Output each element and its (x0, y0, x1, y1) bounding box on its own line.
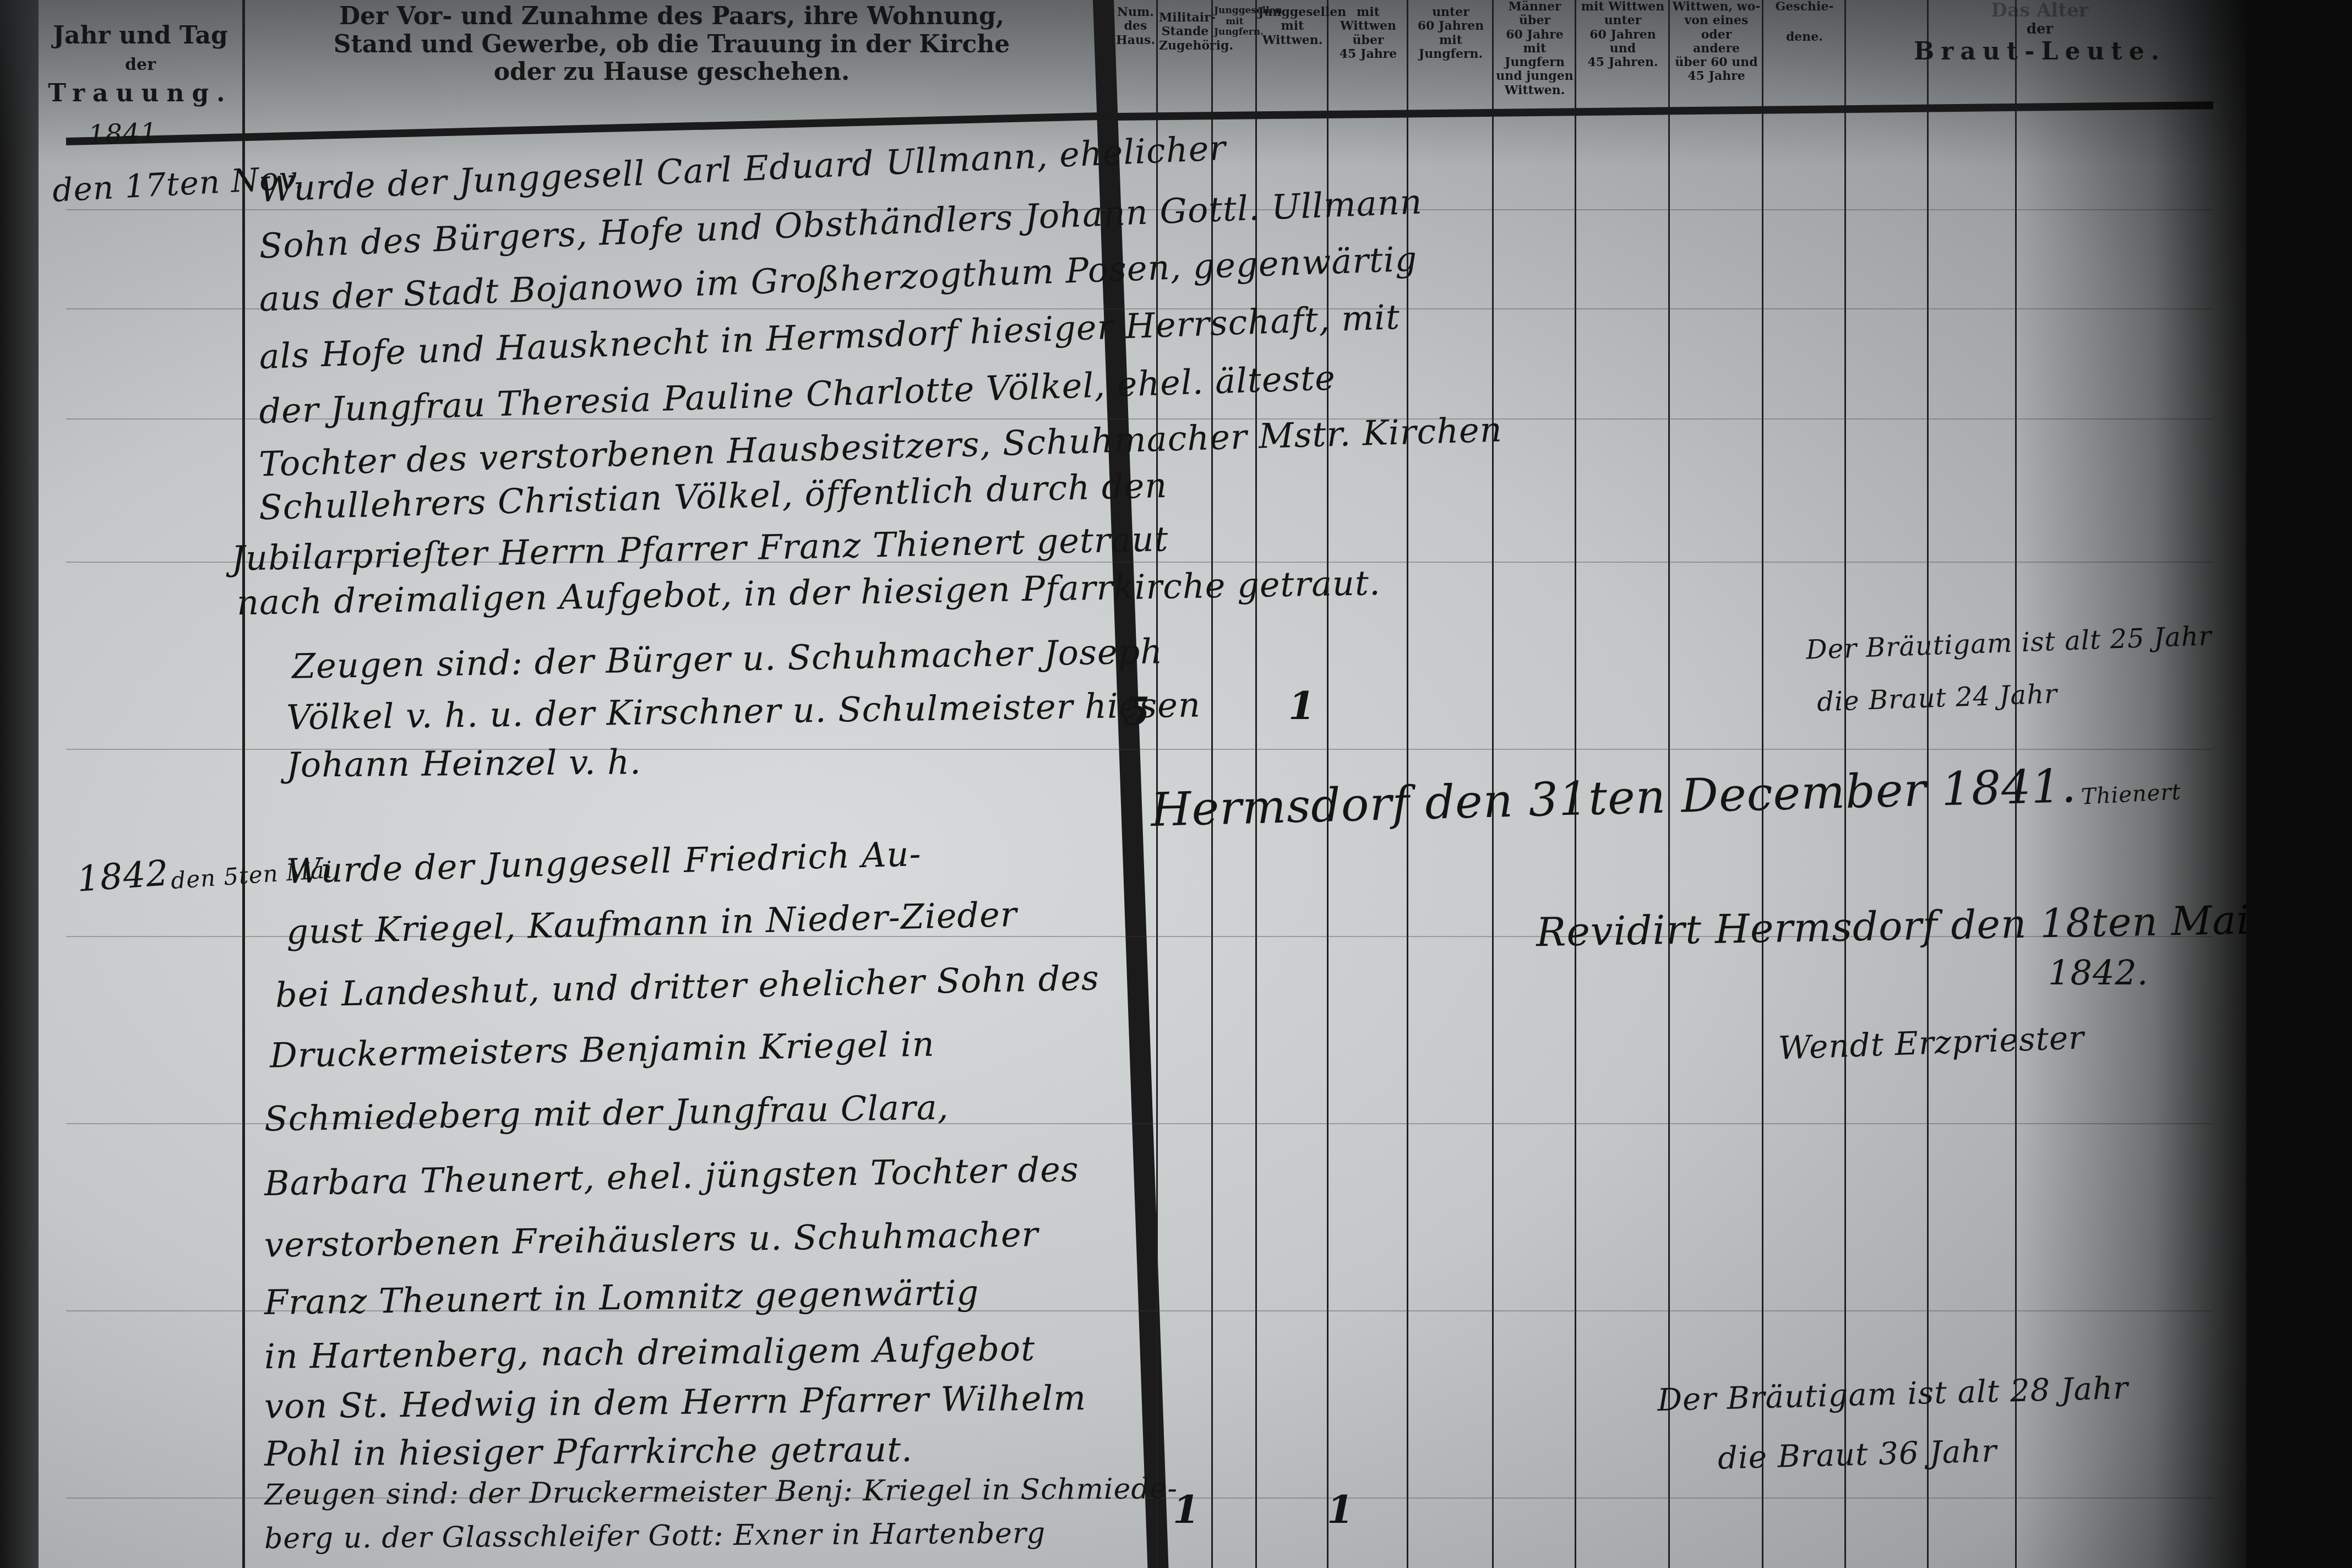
header-text: Jungfern. (1214, 27, 1255, 38)
entry-line: Franz Theunert in Lomnitz gegenwärtig (264, 1272, 979, 1322)
header-text: Jahr und Tag (39, 22, 242, 50)
header-text: Num. (1115, 6, 1156, 19)
header-text: Stand und Gewerbe, ob die Trauung in der… (259, 31, 1085, 59)
header-text: Stande (1159, 25, 1211, 39)
header-text: Wittwen, wo- (1671, 0, 1762, 14)
entry-2-tally-military: 1 (1173, 1487, 1200, 1532)
header-text: 45 Jahren. (1577, 56, 1668, 69)
header-widows-under60: mit Wittwen unter 60 Jahren und 45 Jahre… (1577, 0, 1668, 69)
entry-line: Zeugen sind: der Bürger u. Schuhmacher J… (291, 631, 1163, 687)
header-text: Geschie- (1765, 0, 1844, 14)
header-text: Junggesellen (1258, 6, 1327, 19)
entry-2-tally-bachelors: 1 (1327, 1487, 1354, 1532)
entry-line: Zeugen sind: der Druckermeister Benj: Kr… (264, 1472, 1178, 1512)
entry-1-year: 1841 (88, 117, 158, 150)
entry-line: berg u. der Glasschleifer Gott: Exner in… (264, 1517, 1046, 1555)
header-rule-right (1118, 101, 2213, 121)
book-edge (0, 0, 39, 1568)
header-text: über (1330, 34, 1407, 47)
header-text: Das Alter (1847, 0, 2233, 21)
header-bride-groom-age: Das Alter der Braut-Leute. (1847, 0, 2233, 66)
header-text: von eines oder (1671, 14, 1762, 42)
entry-line: Barbara Theunert, ehel. jüngsten Tochter… (264, 1149, 1079, 1204)
entry-1-house-number: 5 (1123, 688, 1151, 734)
entry-1-attestation: Hermsdorf den 31ten December 1841. (1150, 759, 2077, 837)
header-text: unter (1409, 6, 1492, 19)
header-widows-over60: Wittwen, wo- von eines oder andere über … (1671, 0, 1762, 84)
header-text: und jungen (1495, 69, 1575, 83)
header-text: Wittwen. (1258, 34, 1327, 47)
header-text: des (1115, 19, 1156, 33)
header-text: Der Vor- und Zunahme des Paars, ihre Woh… (259, 3, 1085, 31)
header-text: mit Wittwen (1577, 0, 1668, 14)
entry-2-year: 1842 (76, 853, 171, 900)
entry-2-groom-age: Der Bräutigam ist alt 28 Jahr (1657, 1370, 2128, 1418)
entry-line: gust Kriegel, Kaufmann in Nieder-Zieder (286, 894, 1017, 952)
entry-line: verstorbenen Freihäuslers u. Schuhmacher (264, 1214, 1039, 1265)
header-text: 60 Jahre mit (1495, 28, 1575, 56)
header-text: mit (1258, 19, 1327, 33)
header-house-number: Num. des Haus. (1115, 6, 1156, 47)
header-military: Militair- Stande Zugehörig. (1159, 11, 1211, 53)
header-text: unter (1577, 14, 1668, 28)
entry-line: bei Landeshut, und dritter ehelicher Soh… (275, 957, 1099, 1015)
header-text: Militair- (1159, 11, 1211, 25)
header-text: mit (1409, 34, 1492, 47)
header-text: der (39, 56, 242, 75)
entry-line: in Hartenberg, nach dreimaligem Aufgebot (264, 1329, 1036, 1377)
revision-signature: Wendt Erzpriester (1778, 1019, 2085, 1066)
entry-line: Druckermeisters Benjamin Kriegel in (269, 1023, 935, 1075)
revision-text: Revidirt Hermsdorf den 18ten Mai (1536, 897, 2246, 956)
revision-year: 1842. (2048, 952, 2149, 993)
entry-line: Wurde der Junggesell Friedrich Au- (286, 834, 922, 891)
entry-1-tally: 1 (1288, 683, 1316, 728)
header-text: Männer über (1495, 0, 1575, 28)
register-page: Jahr und Tag der Trauung. Der Vor- und Z… (0, 0, 2246, 1568)
entry-1-bride-age: die Braut 24 Jahr (1816, 678, 2058, 717)
header-text: 45 Jahre (1671, 69, 1762, 83)
header-text: und (1577, 42, 1668, 56)
header-names-column: Der Vor- und Zunahme des Paars, ihre Woh… (259, 3, 1085, 86)
header-text: 60 Jahren (1409, 19, 1492, 33)
entry-1-signature: Thienert (2081, 779, 2182, 809)
header-text: Haus. (1115, 34, 1156, 47)
entry-line: Schmiedeberg mit der Jungfrau Clara, (264, 1087, 949, 1139)
entry-2-bride-age: die Braut 36 Jahr (1717, 1433, 1997, 1476)
column-divider-date (242, 0, 245, 1568)
header-bachelors-maidens: Junggesellen mit Jungfern. (1214, 6, 1255, 38)
header-bachelors-widows: Junggesellen mit Wittwen. (1258, 6, 1327, 47)
header-text: mit (1214, 17, 1255, 28)
entry-2-year-date: 1842 (76, 853, 171, 900)
header-text: 45 Jahre (1330, 47, 1407, 61)
header-text: Zugehörig. (1159, 39, 1211, 53)
header-text: andere (1671, 42, 1762, 56)
entry-line: von St. Hedwig in dem Herrn Pfarrer Wilh… (264, 1378, 1087, 1427)
header-text: über 60 und (1671, 56, 1762, 69)
header-over60-maidens: Männer über 60 Jahre mit Jungfern und ju… (1495, 0, 1575, 97)
header-text: Jungfern. (1409, 47, 1492, 61)
header-text: 60 Jahren (1577, 28, 1668, 42)
header-text: Trauung. (39, 80, 242, 108)
header-text: der (1847, 21, 2233, 38)
header-divorced: Geschie- dene. (1765, 0, 1844, 45)
entry-line: Johann Heinzel v. h. (286, 742, 641, 785)
header-text: oder zu Hause geschehen. (259, 58, 1085, 86)
header-text: dene. (1765, 30, 1844, 44)
header-under60-maidens: unter 60 Jahren mit Jungfern. (1409, 6, 1492, 61)
header-date-column: Jahr und Tag der Trauung. (39, 22, 242, 108)
header-text: Wittwen. (1495, 84, 1575, 97)
header-widowers-widows: mit Wittwen über 45 Jahre (1330, 6, 1407, 61)
entry-1-groom-age: Der Bräutigam ist alt 25 Jahr (1805, 620, 2212, 666)
header-text: Junggesellen (1214, 6, 1255, 17)
entry-line: Völkel v. h. u. der Kirschner u. Schulme… (286, 684, 1201, 737)
header-text: Wittwen (1330, 19, 1407, 33)
header-text: mit (1330, 6, 1407, 19)
header-text: Jungfern (1495, 56, 1575, 69)
header-text: Braut-Leute. (1847, 38, 2233, 66)
entry-line: Pohl in hiesiger Pfarrkirche getraut. (264, 1429, 913, 1474)
